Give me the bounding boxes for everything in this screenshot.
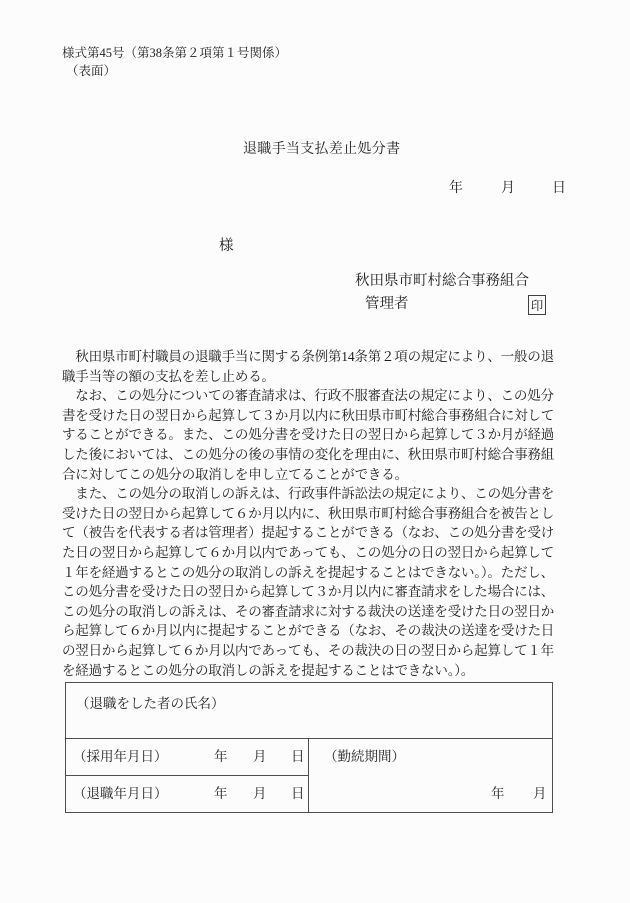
- side-label: （表面）: [66, 63, 116, 79]
- body-line: て（被告を代表する者は管理者）提起することができる（なお、この処分書を受け: [62, 523, 562, 543]
- retire-date-label: （退職年月日）: [73, 786, 168, 801]
- form-number: 様式第45号（第38条第２項第１号関係）: [62, 45, 287, 61]
- body-line: 受けた日の翌日から起算して６か月以内に、秋田県市町村総合事務組合を被告とし: [62, 504, 562, 524]
- retire-year-label: 年: [214, 786, 228, 801]
- hire-year-label: 年: [214, 749, 228, 764]
- service-period-label: （勤続期間）: [324, 749, 405, 764]
- hire-day-label: 日: [291, 749, 305, 764]
- body-line: 職手当等の額の支払を差し止める。: [62, 367, 562, 387]
- body-line: 合に対してこの処分の取消しを申し立てることができる。: [62, 465, 562, 485]
- table-row-divider: [66, 738, 552, 739]
- seal-character: 印: [531, 296, 544, 314]
- sender-organization: 秋田県市町村総合事務組合: [355, 272, 529, 291]
- retire-month-label: 月: [253, 786, 267, 801]
- document-title: 退職手当支払差止処分書: [243, 141, 400, 159]
- body-line: を経過するとこの処分の取消しの訴えを提起することはできない。）。: [62, 661, 562, 681]
- retire-day-label: 日: [291, 786, 305, 801]
- body-line: 書を受けた日の翌日から起算して３か月以内に秋田県市町村総合事務組合に対して: [62, 406, 562, 426]
- service-month-label: 月: [533, 786, 547, 801]
- hire-month-label: 月: [253, 749, 267, 764]
- body-text: 秋田県市町村職員の退職手当に関する条例第14条第２項の規定により、一般の退 職手…: [62, 347, 562, 680]
- body-line: することができる。また、この処分書を受けた日の翌日から起算して３か月が経過: [62, 425, 562, 445]
- body-line: なお、この処分についての審査請求は、行政不服審査法の規定により、この処分: [62, 386, 562, 406]
- sender-role: 管理者: [365, 295, 409, 314]
- seal-stamp-icon: 印: [528, 295, 546, 315]
- body-line: この処分書を受けた日の翌日から起算して３か月以内に審査請求をした場合には、: [62, 582, 562, 602]
- body-line: また、この処分の取消しの訴えは、行政事件訴訟法の規定により、この処分書を: [62, 484, 562, 504]
- hire-date-label: （採用年月日）: [73, 749, 168, 764]
- body-line: した後においては、この処分の後の事情の変化を理由に、秋田県市町村総合事務組: [62, 445, 562, 465]
- date-month-label: 月: [501, 180, 515, 198]
- body-line: １年を経過するとこの処分の取消しの訴えを提起することはできない。）。ただし、: [62, 563, 562, 583]
- body-line: の翌日から起算して６か月以内であっても、その裁決の日の翌日から起算して１年: [62, 641, 562, 661]
- date-year-label: 年: [449, 180, 463, 198]
- body-line: 秋田県市町村職員の退職手当に関する条例第14条第２項の規定により、一般の退: [62, 347, 562, 367]
- addressee-suffix: 様: [219, 237, 234, 256]
- date-day-label: 日: [552, 180, 566, 198]
- body-line: ら起算して６か月以内に提起することができる（なお、その裁決の送達を受けた日: [62, 621, 562, 641]
- detail-table: （退職をした者の氏名） （採用年月日） 年 月 日 （退職年月日） 年 月 日 …: [65, 682, 553, 813]
- document-page: 様式第45号（第38条第２項第１号関係） （表面） 退職手当支払差止処分書 年 …: [0, 0, 630, 903]
- body-line: この処分の取消しの訴えは、その審査請求に対する裁決の送達を受けた日の翌日か: [62, 602, 562, 622]
- table-column-divider: [308, 738, 309, 812]
- service-year-label: 年: [491, 786, 505, 801]
- body-line: た日の翌日から起算して６か月以内であっても、この処分の日の翌日から起算して: [62, 543, 562, 563]
- retiree-name-label: （退職をした者の氏名）: [76, 696, 225, 711]
- table-row-divider: [66, 775, 308, 776]
